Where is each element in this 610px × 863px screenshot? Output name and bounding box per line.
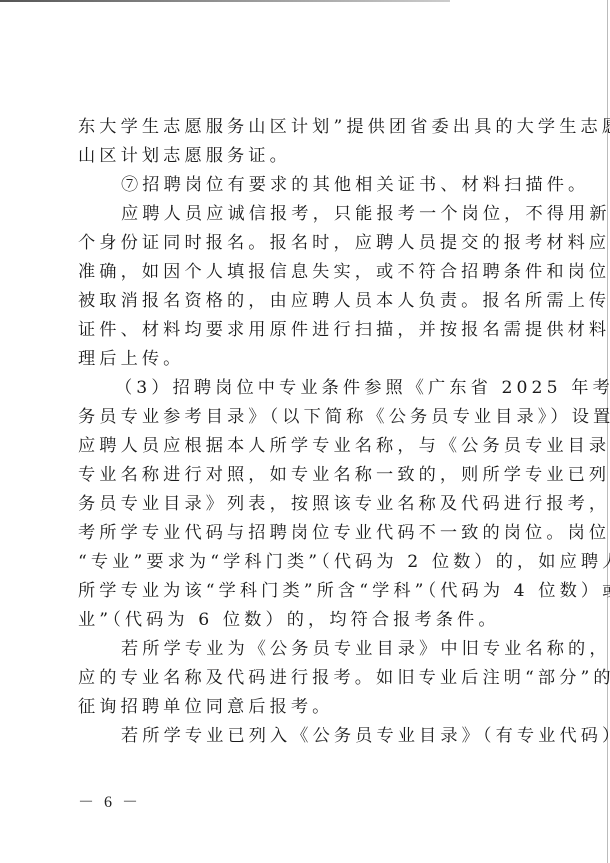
text-line: 业”（代码为 6 位数）的，均符合报考条件。 (78, 606, 530, 635)
text-line: 东大学生志愿服务山区计划”提供团省委出具的大学生志愿服务 (78, 113, 530, 142)
document-body: 东大学生志愿服务山区计划”提供团省委出具的大学生志愿服务 山区计划志愿服务证。 … (78, 113, 530, 751)
text-line: 务员专业目录》列表，按照该专业名称及代码进行报考，不得报 (78, 490, 530, 519)
section-3-heading: （3）招聘岗位中专业条件参照《广东省 2025 年考试录用公 (78, 374, 530, 403)
text-line: 个身份证同时报名。报名时，应聘人员提交的报考材料应当真实、 (78, 229, 530, 258)
text-line: 应的专业名称及代码进行报考。如旧专业后注明“部分”的，须 (78, 664, 530, 693)
paragraph-start: 若所学专业为《公务员专业目录》中旧专业名称的，按其对 (78, 635, 530, 664)
text-line: 专业名称进行对照，如专业名称一致的，则所学专业已列入《公 (78, 461, 530, 490)
text-line: “专业”要求为“学科门类”（代码为 2 位数）的，如应聘人员 (78, 548, 530, 577)
scan-top-edge (0, 0, 450, 2)
text-line: 准确，如因个人填报信息失实，或不符合招聘条件和岗位要求而 (78, 258, 530, 287)
text-line: 山区计划志愿服务证。 (78, 142, 530, 171)
text-line: 被取消报名资格的，由应聘人员本人负责。报名所需上传的所有 (78, 287, 530, 316)
text-line: 务员专业参考目录》（以下简称《公务员专业目录》）设置的， (78, 403, 530, 432)
list-item-7: ⑦招聘岗位有要求的其他相关证书、材料扫描件。 (78, 171, 530, 200)
text-line: 考所学专业代码与招聘岗位专业代码不一致的岗位。岗位表中的 (78, 519, 530, 548)
page-number: － 6 － (78, 789, 141, 812)
text-line: 征询招聘单位同意后报考。 (78, 693, 530, 722)
text-line: 所学专业为该“学科门类”所含“学科”（代码为 4 位数）或“专 (78, 577, 530, 606)
paragraph-start: 应聘人员应诚信报考，只能报考一个岗位，不得用新、旧两 (78, 200, 530, 229)
text-line: 理后上传。 (78, 345, 530, 374)
text-line: 证件、材料均要求用原件进行扫描，并按报名需提供材料顺序整 (78, 316, 530, 345)
paragraph-start: 若所学专业已列入《公务员专业目录》（有专业代码），同 (78, 722, 530, 751)
text-line: 应聘人员应根据本人所学专业名称，与《公务员专业目录》中的 (78, 432, 530, 461)
